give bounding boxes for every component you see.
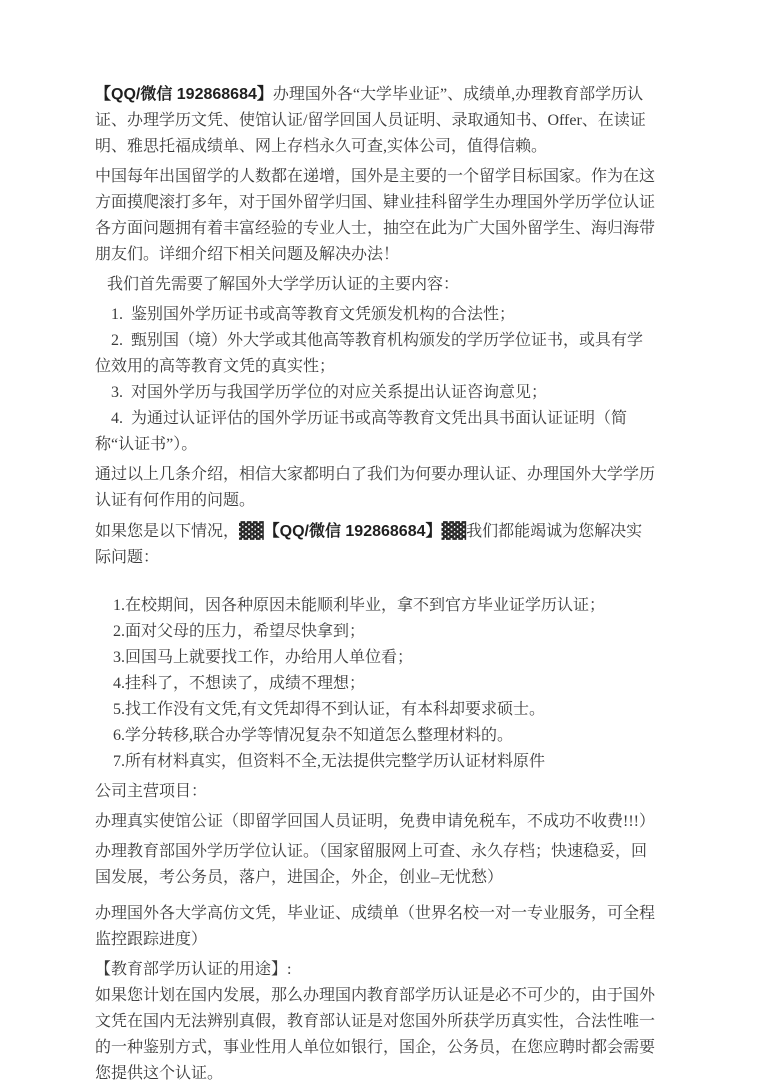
paragraph-service-diploma: 办理国外各大学高仿文凭，毕业证、成绩单（世界名校一对一专业服务，可全程监控跟踪进… (95, 901, 657, 953)
service-embassy-text: 办理真实使馆公证（即留学回国人员证明，免费申请免税车，不成功不收费!!!） (95, 813, 655, 830)
contact-qq-wechat: 【QQ/微信 192868684】 (264, 523, 442, 540)
list-item: 2.面对父母的压力，希望尽快拿到； (113, 619, 657, 645)
list-item: 5.找工作没有文凭,有文凭却得不到认证，有本科却要求硕士。 (113, 697, 657, 723)
usage-text: 如果您计划在国内发展，那么办理国内教育部学历认证是必不可少的，由于国外文凭在国内… (95, 987, 655, 1082)
document-page: 【QQ/微信 192868684】办理国外各“大学毕业证”、成绩单,办理教育部学… (0, 0, 768, 1087)
list-item: 6.学分转移,联合办学等情况复杂不知道怎么整理材料的。 (113, 723, 657, 749)
paragraph-situations-intro: 如果您是以下情况，▓▓【QQ/微信 192868684】▓▓我们都能竭诚为您解决… (95, 518, 657, 571)
list-item: 7.所有材料真实，但资料不全,无法提供完整学历认证材料原件 (113, 749, 657, 775)
paragraph-accreditation-intro: 我们首先需要了解国外大学学历认证的主要内容： (95, 272, 657, 298)
shade-block-right: ▓▓ (442, 521, 467, 540)
paragraph-service-moe: 办理教育部国外学历学位认证。（国家留服网上可查、永久存档；快速稳妥，回国发展，考… (95, 839, 657, 891)
shade-block-left: ▓▓ (239, 521, 264, 540)
service-moe-text: 办理教育部国外学历学位认证。（国家留服网上可查、永久存档；快速稳妥，回国发展，考… (95, 843, 647, 886)
company-projects-heading: 公司主营项目： (95, 779, 657, 805)
paragraph-service-embassy: 办理真实使馆公证（即留学回国人员证明，免费申请免税车，不成功不收费!!!） (95, 809, 657, 835)
list-item: 3.回国马上就要找工作，办给用人单位看； (113, 645, 657, 671)
list-item: 1.在校期间，因各种原因未能顺利毕业，拿不到官方毕业证学历认证； (113, 593, 657, 619)
paragraph-usage: 如果您计划在国内发展，那么办理国内教育部学历认证是必不可少的，由于国外文凭在国内… (95, 983, 657, 1087)
situation-list: 1.在校期间，因各种原因未能顺利毕业，拿不到官方毕业证学历认证； 2.面对父母的… (95, 593, 657, 775)
usage-heading-text: 【教育部学历认证的用途】: (95, 961, 291, 978)
contact-qq-wechat: 【QQ/微信 192868684】 (95, 86, 273, 103)
paragraph-summary: 通过以上几条介绍，相信大家都明白了我们为何要办理认证、办理国外大学学历认证有何作… (95, 462, 657, 514)
list-item: 2. 甄别国（境）外大学或其他高等教育机构颁发的学历学位证书，或具有学位效用的高… (95, 328, 657, 380)
list-item: 1. 鉴别国外学历证书或高等教育文凭颁发机构的合法性； (95, 302, 657, 328)
service-diploma-text: 办理国外各大学高仿文凭，毕业证、成绩单（世界名校一对一专业服务，可全程监控跟踪进… (95, 905, 655, 948)
situations-intro-pre: 如果您是以下情况， (95, 523, 239, 540)
summary-text: 通过以上几条介绍，相信大家都明白了我们为何要办理认证、办理国外大学学历认证有何作… (95, 466, 655, 509)
accreditation-intro-text: 我们首先需要了解国外大学学历认证的主要内容： (107, 276, 459, 293)
company-projects-heading-text: 公司主营项目： (95, 783, 207, 800)
list-item: 3. 对国外学历与我国学历学位的对应关系提出认证咨询意见； (95, 380, 657, 406)
paragraph-contact-intro: 【QQ/微信 192868684】办理国外各“大学毕业证”、成绩单,办理教育部学… (95, 82, 657, 160)
list-item: 4.挂科了，不想读了，成绩不理想； (113, 671, 657, 697)
document-text-content: 【QQ/微信 192868684】办理国外各“大学毕业证”、成绩单,办理教育部学… (95, 82, 657, 1087)
accreditation-list: 1. 鉴别国外学历证书或高等教育文凭颁发机构的合法性； 2. 甄别国（境）外大学… (95, 302, 657, 458)
usage-heading: 【教育部学历认证的用途】: (95, 957, 657, 983)
list-item: 4. 为通过认证评估的国外学历证书或高等教育文凭出具书面认证证明（简称“认证书”… (95, 406, 657, 458)
background-text: 中国每年出国留学的人数都在递增，国外是主要的一个留学目标国家。作为在这方面摸爬滚… (95, 168, 655, 263)
paragraph-background: 中国每年出国留学的人数都在递增，国外是主要的一个留学目标国家。作为在这方面摸爬滚… (95, 164, 657, 268)
